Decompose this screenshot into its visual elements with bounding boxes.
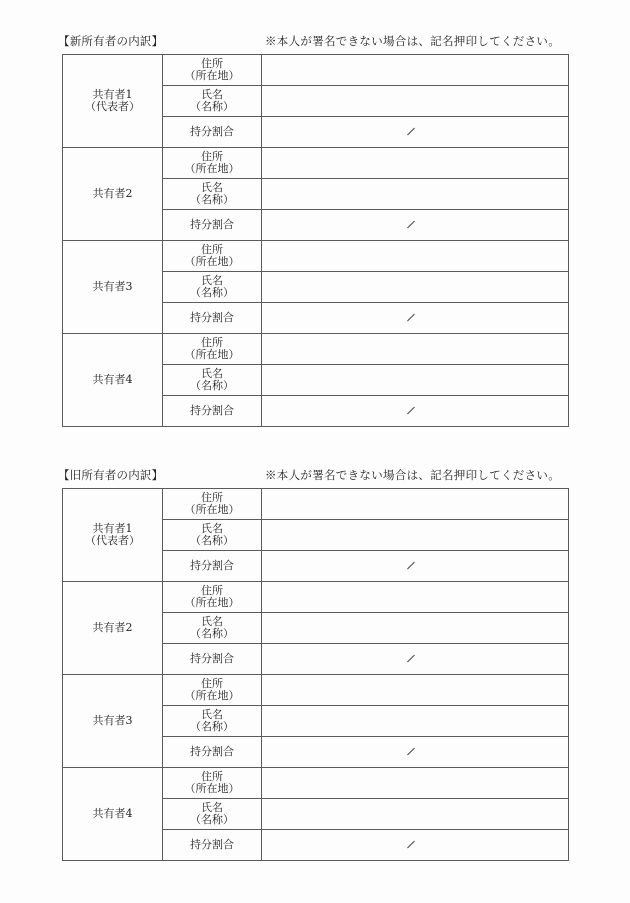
slash-icon	[407, 407, 415, 415]
ratio-label: 持分割合	[163, 644, 262, 675]
owner-role-label: （代表者）	[63, 101, 162, 114]
name-field[interactable]	[262, 613, 569, 644]
new-owners-section: 【新所有者の内訳】 ※本人が署名できない場合は、記名押印してください。 共有者1…	[62, 32, 568, 427]
owner-label: 共有者2	[63, 148, 163, 241]
name-label-sub: （名称）	[163, 535, 261, 548]
owner-label: 共有者2	[63, 582, 163, 675]
name-field[interactable]	[262, 365, 569, 396]
name-label: 氏名 （名称）	[163, 799, 262, 830]
name-field[interactable]	[262, 799, 569, 830]
name-label: 氏名 （名称）	[163, 520, 262, 551]
name-label: 氏名 （名称）	[163, 706, 262, 737]
old-owners-section: 【旧所有者の内訳】 ※本人が署名できない場合は、記名押印してください。 共有者1…	[62, 466, 568, 861]
owner-name-label: 共有者3	[63, 281, 162, 294]
address-field[interactable]	[262, 489, 569, 520]
owner-label: 共有者1 （代表者）	[63, 489, 163, 582]
ratio-label: 持分割合	[163, 830, 262, 861]
address-field[interactable]	[262, 675, 569, 706]
name-label-sub: （名称）	[163, 287, 261, 300]
ratio-label: 持分割合	[163, 303, 262, 334]
address-label: 住所 （所在地）	[163, 489, 262, 520]
owner-label: 共有者3	[63, 241, 163, 334]
owner-row-address: 共有者3 住所 （所在地）	[63, 241, 569, 272]
section-title: 【新所有者の内訳】	[58, 32, 163, 50]
address-label: 住所 （所在地）	[163, 241, 262, 272]
slash-icon	[407, 655, 415, 663]
owner-name-label: 共有者4	[63, 808, 162, 821]
address-field[interactable]	[262, 148, 569, 179]
owner-label: 共有者3	[63, 675, 163, 768]
address-field[interactable]	[262, 334, 569, 365]
name-label: 氏名 （名称）	[163, 86, 262, 117]
owner-row-address: 共有者3 住所 （所在地）	[63, 675, 569, 706]
address-label-sub: （所在地）	[163, 349, 261, 362]
address-label-sub: （所在地）	[163, 163, 261, 176]
owner-row-address: 共有者2 住所 （所在地）	[63, 582, 569, 613]
ratio-field[interactable]	[262, 737, 569, 768]
owner-row-address: 共有者1 （代表者） 住所 （所在地）	[63, 489, 569, 520]
address-label: 住所 （所在地）	[163, 768, 262, 799]
name-label-sub: （名称）	[163, 628, 261, 641]
address-field[interactable]	[262, 582, 569, 613]
ratio-field[interactable]	[262, 396, 569, 427]
name-label: 氏名 （名称）	[163, 179, 262, 210]
address-label: 住所 （所在地）	[163, 334, 262, 365]
signature-note: ※本人が署名できない場合は、記名押印してください。	[265, 466, 560, 484]
name-label: 氏名 （名称）	[163, 272, 262, 303]
owner-name-label: 共有者3	[63, 715, 162, 728]
ratio-label: 持分割合	[163, 210, 262, 241]
name-label-sub: （名称）	[163, 194, 261, 207]
owner-label: 共有者4	[63, 768, 163, 861]
owner-row-address: 共有者4 住所 （所在地）	[63, 768, 569, 799]
address-label-sub: （所在地）	[163, 256, 261, 269]
name-label-sub: （名称）	[163, 721, 261, 734]
ratio-field[interactable]	[262, 830, 569, 861]
name-label: 氏名 （名称）	[163, 365, 262, 396]
ratio-label: 持分割合	[163, 737, 262, 768]
signature-note: ※本人が署名できない場合は、記名押印してください。	[265, 32, 560, 50]
owner-name-label: 共有者2	[63, 622, 162, 635]
ratio-label: 持分割合	[163, 396, 262, 427]
owner-role-label: （代表者）	[63, 535, 162, 548]
ratio-field[interactable]	[262, 117, 569, 148]
name-field[interactable]	[262, 179, 569, 210]
ratio-field[interactable]	[262, 303, 569, 334]
owner-row-address: 共有者1 （代表者） 住所 （所在地）	[63, 55, 569, 86]
ratio-field[interactable]	[262, 210, 569, 241]
address-label: 住所 （所在地）	[163, 675, 262, 706]
slash-icon	[407, 221, 415, 229]
name-label-sub: （名称）	[163, 814, 261, 827]
address-field[interactable]	[262, 768, 569, 799]
address-label: 住所 （所在地）	[163, 55, 262, 86]
address-label-sub: （所在地）	[163, 504, 261, 517]
address-label-sub: （所在地）	[163, 597, 261, 610]
name-field[interactable]	[262, 520, 569, 551]
owner-label: 共有者4	[63, 334, 163, 427]
slash-icon	[407, 562, 415, 570]
name-label-sub: （名称）	[163, 380, 261, 393]
slash-icon	[407, 841, 415, 849]
address-field[interactable]	[262, 241, 569, 272]
name-label: 氏名 （名称）	[163, 613, 262, 644]
address-label-sub: （所在地）	[163, 70, 261, 83]
section-header: 【新所有者の内訳】 ※本人が署名できない場合は、記名押印してください。	[62, 32, 568, 50]
name-label-sub: （名称）	[163, 101, 261, 114]
slash-icon	[407, 748, 415, 756]
name-field[interactable]	[262, 272, 569, 303]
ratio-field[interactable]	[262, 644, 569, 675]
ratio-label: 持分割合	[163, 551, 262, 582]
name-field[interactable]	[262, 706, 569, 737]
ratio-field[interactable]	[262, 551, 569, 582]
owner-name-label: 共有者2	[63, 188, 162, 201]
slash-icon	[407, 314, 415, 322]
owner-name-label: 共有者4	[63, 374, 162, 387]
address-label-sub: （所在地）	[163, 783, 261, 796]
ratio-label: 持分割合	[163, 117, 262, 148]
address-field[interactable]	[262, 55, 569, 86]
owner-label: 共有者1 （代表者）	[63, 55, 163, 148]
name-field[interactable]	[262, 86, 569, 117]
owner-row-address: 共有者4 住所 （所在地）	[63, 334, 569, 365]
address-label: 住所 （所在地）	[163, 148, 262, 179]
address-label-sub: （所在地）	[163, 690, 261, 703]
address-label: 住所 （所在地）	[163, 582, 262, 613]
old-owners-table: 共有者1 （代表者） 住所 （所在地） 氏名 （名称） 持分割合	[62, 488, 569, 861]
slash-icon	[407, 128, 415, 136]
new-owners-table: 共有者1 （代表者） 住所 （所在地） 氏名 （名称） 持分割合	[62, 54, 569, 427]
owner-row-address: 共有者2 住所 （所在地）	[63, 148, 569, 179]
section-title: 【旧所有者の内訳】	[58, 466, 163, 484]
section-header: 【旧所有者の内訳】 ※本人が署名できない場合は、記名押印してください。	[62, 466, 568, 484]
